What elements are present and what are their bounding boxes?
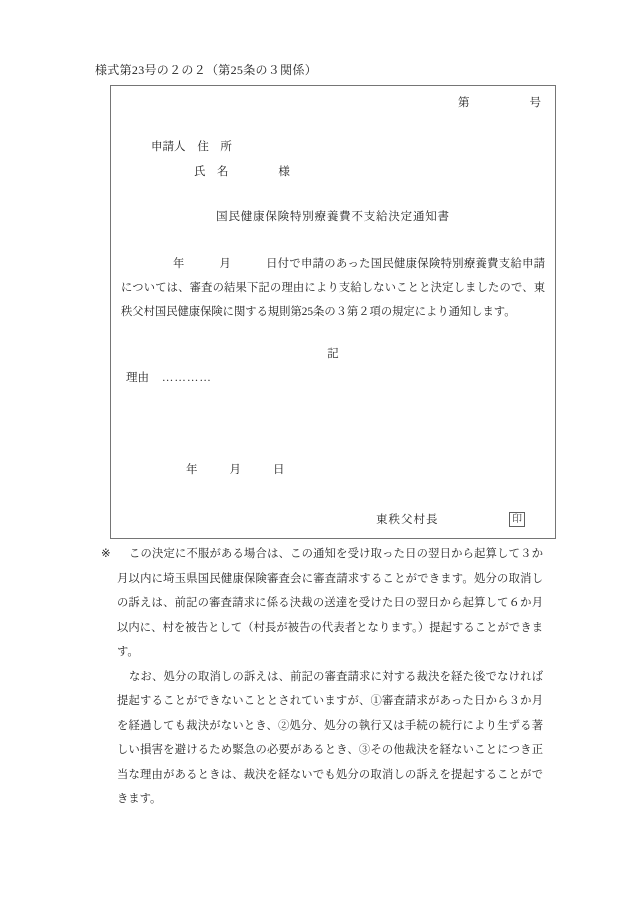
notice-title: 国民健康保険特別療養費不支給決定通知書	[111, 211, 555, 225]
reason-dotted-blank: …………	[162, 372, 212, 384]
address-label: 住 所	[197, 141, 232, 153]
notice-body-paragraph: 年 月 日付で申請のあった国民健康保険特別療養費支給申請については、審査の結果下…	[121, 252, 545, 324]
footnote-paragraph-1: この決定に不服がある場合は、この通知を受け取った日の翌日から起算して３か月以内に…	[117, 542, 543, 665]
footnote-asterisk-mark: ※	[101, 542, 110, 567]
date-year-label: 年	[186, 464, 198, 476]
document-page: 様式第23号の２の２（第25条の３関係） 第号 申請人 住 所 氏 名 様 国民…	[0, 0, 630, 903]
seal-mark: 印	[509, 512, 525, 527]
reason-label: 理由	[126, 372, 149, 384]
document-number-prefix: 第	[458, 97, 470, 109]
honorific-label: 様	[278, 166, 290, 178]
form-code-label: 様式第23号の２の２（第25条の３関係）	[95, 64, 317, 76]
footnote-paragraph-2: なお、処分の取消しの訴えは、前記の審査請求に対する裁決を経た後でなければ提起する…	[117, 665, 543, 812]
date-line: 年月日	[186, 464, 285, 478]
date-month-label: 月	[230, 464, 242, 476]
ki-heading: 記	[111, 348, 555, 362]
reason-line: 理由 …………	[126, 372, 212, 386]
signature-line: 東秩父村長 印	[111, 512, 555, 532]
notice-box: 第号 申請人 住 所 氏 名 様 国民健康保険特別療養費不支給決定通知書 年 月…	[110, 85, 556, 539]
name-label: 氏 名	[194, 166, 229, 178]
applicant-address-line: 申請人 住 所	[151, 141, 232, 155]
applicant-label: 申請人	[151, 141, 186, 153]
signer-title: 東秩父村長	[376, 514, 439, 528]
date-day-label: 日	[273, 464, 285, 476]
document-number: 第号	[458, 97, 541, 111]
footnote-section: ※ この決定に不服がある場合は、この通知を受け取った日の翌日から起算して３か月以…	[101, 542, 543, 812]
document-number-suffix: 号	[530, 97, 542, 109]
applicant-name-line: 氏 名 様	[194, 166, 290, 180]
